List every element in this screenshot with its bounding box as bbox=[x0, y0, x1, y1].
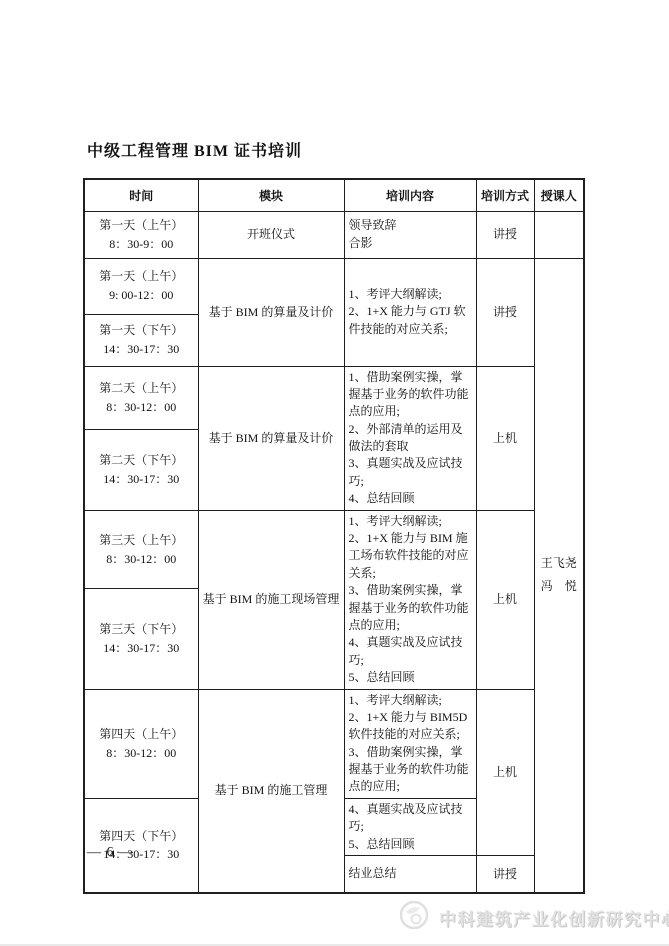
time-cell-day3-pm: 第三天（下午） 14：30-17：30 bbox=[84, 589, 198, 689]
content-cell-day1: 1、考评大纲解读; 2、1+X 能力与 GTJ 软件技能的对应关系; bbox=[344, 258, 476, 366]
method-cell-opening: 讲授 bbox=[476, 211, 534, 258]
footer-logo-text: 中科建筑产业化创新研究中心 bbox=[439, 905, 669, 930]
page-number: — 6 — bbox=[87, 845, 134, 861]
module-cell-day3: 基于 BIM 的施工现场管理 bbox=[198, 510, 344, 689]
table-row: 第二天（上午） 8：30-12：00 基于 BIM 的算量及计价 1、借助案例实… bbox=[84, 366, 584, 429]
page-title: 中级工程管理 BIM 证书培训 bbox=[87, 138, 302, 161]
content-cell-day4-part1: 1、考评大纲解读; 2、1+X 能力与 BIM5D 软件技能的对应关系; 3、借… bbox=[344, 689, 476, 798]
module-cell-day2: 基于 BIM 的算量及计价 bbox=[198, 366, 344, 510]
time-cell-day1-pm: 第一天（下午） 14：30-17：30 bbox=[84, 314, 198, 366]
header-module: 模块 bbox=[198, 179, 344, 211]
module-cell-day4: 基于 BIM 的施工管理 bbox=[198, 689, 344, 893]
header-method: 培训方式 bbox=[476, 179, 534, 211]
time-cell-opening: 第一天（上午） 8：30-9：00 bbox=[84, 211, 198, 258]
content-cell-opening: 领导致辞 合影 bbox=[344, 211, 476, 258]
instructor-cell: 王飞尧 冯 悦 bbox=[534, 258, 584, 893]
time-cell-day3-am: 第三天（上午） 8：30-12：00 bbox=[84, 510, 198, 589]
instructor-cell-empty bbox=[534, 211, 584, 258]
document-page: { "page": { "title": "中级工程管理 BIM 证书培训", … bbox=[0, 0, 669, 946]
content-cell-day4-part2: 4、真题实战及应试技巧; 5、总结回顾 bbox=[344, 798, 476, 855]
footer-watermark: 中科建筑产业化创新研究中心 bbox=[398, 899, 669, 936]
table-row: 第一天（上午） 8：30-9：00 开班仪式 领导致辞 合影 讲授 bbox=[84, 211, 584, 258]
table-row: 第四天（上午） 8：30-12：00 基于 BIM 的施工管理 1、考评大纲解读… bbox=[84, 689, 584, 798]
content-cell-day2: 1、借助案例实操，掌握基于业务的软件功能点的应用; 2、外部清单的运用及做法的套… bbox=[344, 366, 476, 510]
content-cell-day3: 1、考评大纲解读; 2、1+X 能力与 BIM 施工场布软件技能的对应关系; 3… bbox=[344, 510, 476, 689]
method-cell-day2: 上机 bbox=[476, 366, 534, 510]
time-cell-day4-am: 第四天（上午） 8：30-12：00 bbox=[84, 689, 198, 798]
module-cell-opening: 开班仪式 bbox=[198, 211, 344, 258]
method-cell-day3: 上机 bbox=[476, 510, 534, 689]
time-cell-day2-am: 第二天（上午） 8：30-12：00 bbox=[84, 366, 198, 429]
footer-logo-icon bbox=[398, 899, 430, 936]
time-cell-day1-am: 第一天（上午） 9: 00-12：00 bbox=[84, 258, 198, 314]
method-cell-closing: 讲授 bbox=[476, 856, 534, 893]
module-cell-day1: 基于 BIM 的算量及计价 bbox=[198, 258, 344, 366]
training-schedule-table: 时间 模块 培训内容 培训方式 授课人 第一天（上午） 8：30-9：00 开班… bbox=[83, 178, 585, 894]
header-time: 时间 bbox=[84, 179, 198, 211]
header-row: 时间 模块 培训内容 培训方式 授课人 bbox=[84, 179, 584, 211]
content-cell-closing: 结业总结 bbox=[344, 856, 476, 893]
method-cell-day4: 上机 bbox=[476, 689, 534, 856]
time-cell-day2-pm: 第二天（下午） 14：30-17：30 bbox=[84, 429, 198, 510]
header-content: 培训内容 bbox=[344, 179, 476, 211]
table-row: 第一天（上午） 9: 00-12：00 基于 BIM 的算量及计价 1、考评大纲… bbox=[84, 258, 584, 314]
header-instructor: 授课人 bbox=[534, 179, 584, 211]
method-cell-day1: 讲授 bbox=[476, 258, 534, 366]
table-row: 第三天（上午） 8：30-12：00 基于 BIM 的施工现场管理 1、考评大纲… bbox=[84, 510, 584, 589]
